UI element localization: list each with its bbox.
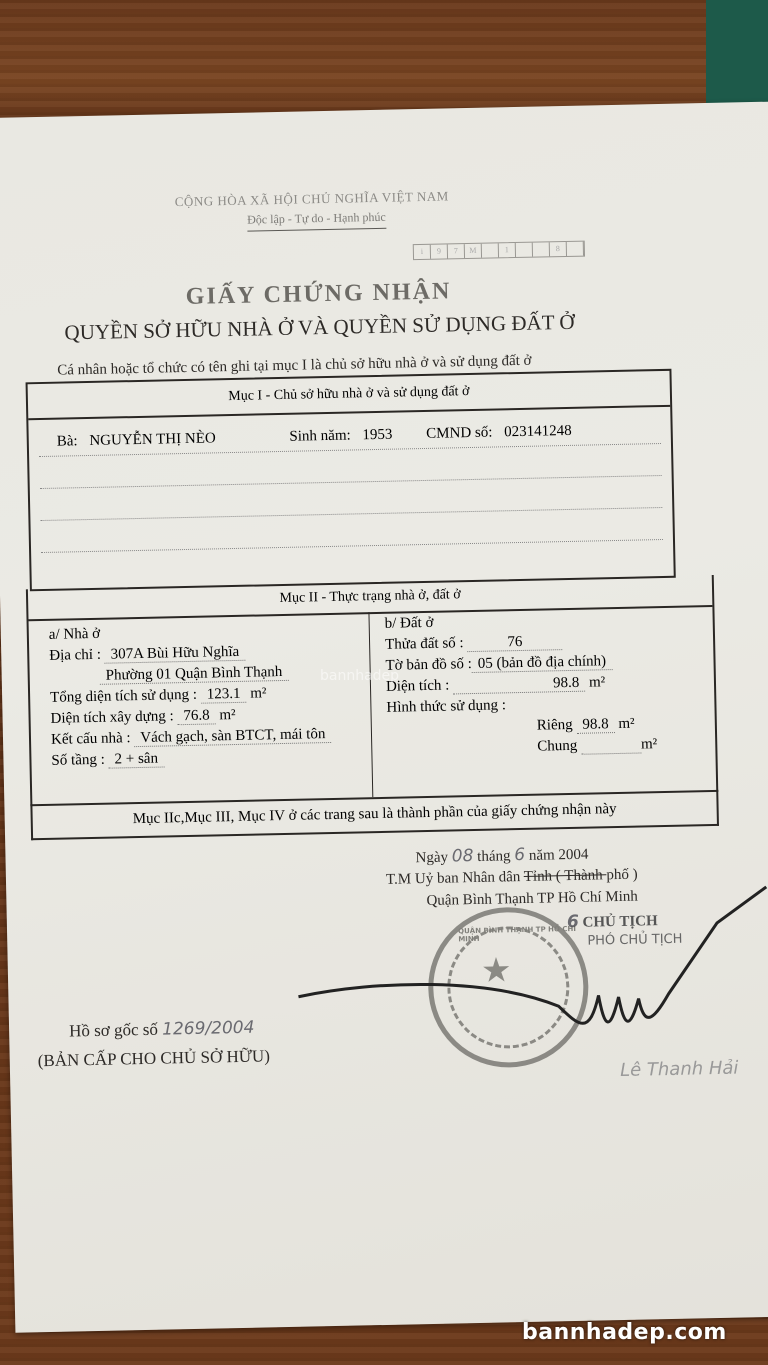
national-title: CỘNG HÒA XÃ HỘI CHỦ NGHĨA VIỆT NAM	[175, 188, 449, 210]
date-prefix: Ngày	[415, 850, 448, 867]
unit: m²	[641, 736, 658, 752]
record-row: Hồ sơ gốc số 1269/2004	[69, 1018, 255, 1042]
signer-name: Lê Thanh Hải	[620, 1058, 739, 1081]
certificate-subtitle: QUYỀN SỞ HỮU NHÀ Ở VÀ QUYỀN SỬ DỤNG ĐẤT …	[64, 310, 575, 346]
day-value: 08	[452, 846, 474, 866]
structure-value: Vách gạch, sàn BTCT, mái tôn	[134, 726, 331, 747]
committee-suffix: phố )	[606, 867, 638, 884]
unit: m²	[219, 707, 236, 723]
record-number: 1269/2004	[162, 1018, 255, 1040]
dotted-line	[40, 507, 662, 521]
section-2-box: Mục II - Thực trạng nhà ở, đất ở a/ Nhà …	[26, 575, 718, 806]
build-area-value: 76.8	[177, 707, 216, 725]
struck-text: Tỉnh ( Thành	[524, 867, 607, 885]
birth-label: Sinh năm:	[289, 428, 351, 445]
serial-box: 8	[550, 242, 567, 256]
certificate-page: CỘNG HÒA XÃ HỘI CHỦ NGHĨA VIỆT NAM Độc l…	[0, 102, 768, 1333]
floors-row: Số tầng : 2 + sân	[51, 745, 332, 772]
birth-year: 1953	[362, 427, 392, 444]
site-watermark: bannhadep.com	[522, 1320, 727, 1345]
serial-box	[516, 243, 533, 257]
unit: m²	[589, 674, 606, 690]
plot-label: Thửa đất số :	[385, 635, 464, 653]
date-row: Ngày 08 tháng 6 năm 2004	[415, 844, 588, 868]
floors-value: 2 + sân	[108, 750, 164, 768]
month-value: 6	[514, 845, 525, 865]
address-line-1: 307A Bùi Hữu Nghĩa	[105, 644, 246, 664]
id-number: 023141248	[504, 423, 572, 440]
signature-stroke	[286, 882, 768, 1052]
structure-label: Kết cấu nhà :	[51, 730, 131, 748]
unit: m²	[250, 685, 267, 701]
id-label: CMND số:	[426, 425, 493, 442]
shared-row: Chung m²	[387, 734, 657, 761]
total-area-value: 123.1	[201, 686, 247, 704]
dotted-line	[40, 475, 662, 489]
address-line-2: Phường 01 Quận Bình Thạnh	[100, 664, 289, 685]
record-label: Hồ sơ gốc số	[69, 1020, 158, 1041]
serial-box	[567, 242, 584, 256]
map-value: 05 (bản đồ địa chính)	[472, 653, 613, 673]
shared-label: Chung	[537, 738, 577, 755]
serial-box: 1	[499, 243, 516, 257]
section-1-box: Mục I - Chủ sở hữu nhà ở và sử dụng đất …	[26, 369, 676, 591]
shared-value	[581, 737, 641, 755]
owner-name: NGUYỄN THỊ NÈO	[89, 430, 216, 449]
motto: Độc lập - Tự do - Hạnh phúc	[247, 210, 386, 232]
month-label: tháng	[477, 848, 511, 865]
owner-prefix: Bà:	[57, 433, 78, 449]
serial-number-boxes: i 9 7 M 1 8	[413, 241, 585, 261]
address-label: Địa chỉ :	[49, 647, 101, 664]
floors-label: Số tầng :	[51, 752, 105, 769]
private-value: 98.8	[576, 716, 615, 734]
total-area-label: Tổng diện tích sử dụng :	[50, 687, 197, 706]
serial-box: M	[465, 244, 482, 258]
dotted-line	[41, 539, 663, 553]
serial-box: i	[414, 245, 431, 259]
serial-box	[482, 243, 499, 257]
year-value: 2004	[558, 847, 588, 864]
plot-value: 76	[467, 633, 562, 652]
land-area-value: 98.8	[453, 675, 586, 695]
committee-label: T.M Uỷ ban Nhân dân	[386, 869, 521, 888]
year-label: năm	[529, 847, 555, 864]
serial-box	[533, 242, 550, 256]
certificate-title: GIẤY CHỨNG NHẬN	[186, 278, 452, 311]
copy-note: (BẢN CẤP CHO CHỦ SỞ HỮU)	[38, 1046, 271, 1071]
land-column: b/ Đất ở Thửa đất số : 76 Tờ bản đồ số :…	[384, 608, 657, 761]
unit: m²	[618, 716, 635, 732]
faint-watermark: bannhadep	[320, 668, 399, 684]
column-divider	[368, 612, 373, 797]
private-label: Riêng	[537, 717, 573, 734]
house-column: a/ Nhà ở Địa chỉ : 307A Bùi Hữu Nghĩa Ph…	[49, 619, 332, 772]
serial-box: 9	[431, 244, 448, 258]
build-area-label: Diện tích xây dựng :	[50, 708, 173, 727]
serial-box: 7	[448, 244, 465, 258]
